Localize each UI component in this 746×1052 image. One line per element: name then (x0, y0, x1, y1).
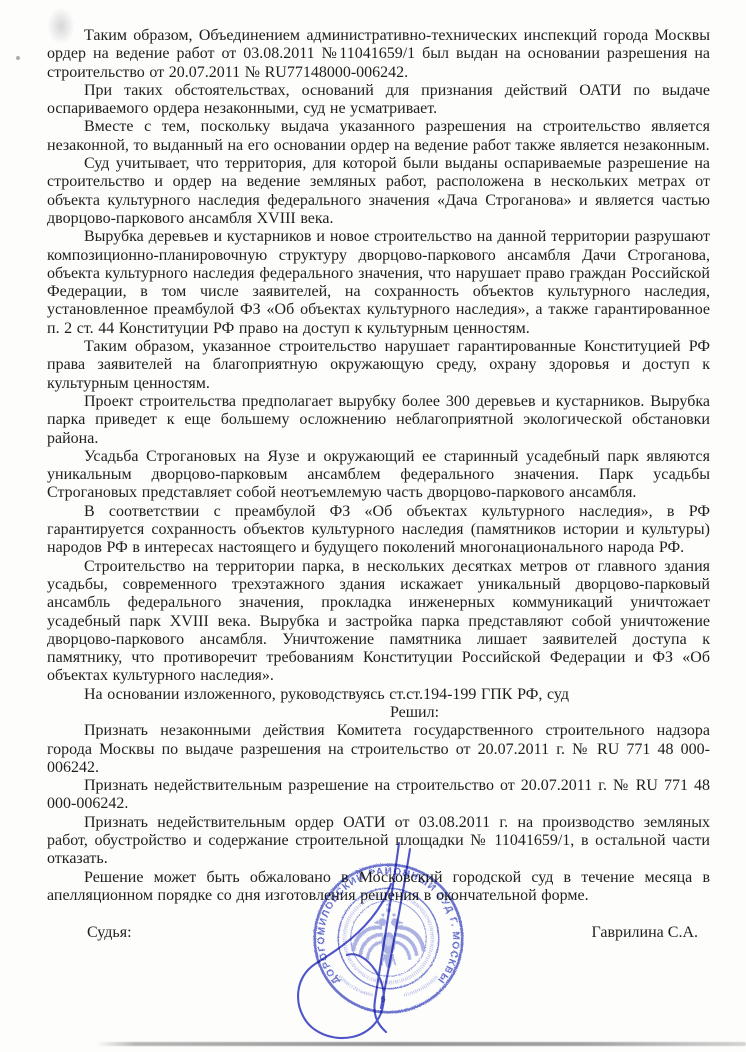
paragraph: При таких обстоятельствах, оснований для… (47, 82, 710, 119)
paragraph: Строительство на территории парка, в нес… (47, 558, 710, 686)
paragraph: Усадьба Строгановых на Яузе и окружающий… (47, 448, 710, 503)
document-page: Таким образом, Объединением администрати… (0, 0, 746, 1052)
paragraph: На основании изложенного, руководствуясь… (47, 686, 710, 704)
judge-name: Гаврилина С.А. (591, 924, 698, 942)
page-bottom-shadow (96, 1042, 746, 1046)
paragraph: Признать недействительным разрешение на … (47, 777, 710, 814)
court-decision-text: Таким образом, Объединением администрати… (47, 27, 710, 943)
paragraph: Проект строительства предполагает вырубк… (47, 393, 710, 448)
paragraph: В соответствии с преамбулой ФЗ «Об объек… (47, 503, 710, 558)
judge-signature (285, 833, 485, 1052)
signature-loop (298, 884, 391, 1038)
scan-speck (16, 56, 20, 60)
resolution-heading: Решил: (47, 704, 710, 722)
paragraph: Суд учитывает, что территория, для котор… (47, 155, 710, 228)
paragraph: Вместе с тем, поскольку выдача указанног… (47, 118, 710, 155)
paragraph: Вырубка деревьев и кустарников и новое с… (47, 228, 710, 338)
paragraph: Таким образом, Объединением администрати… (47, 27, 710, 82)
paragraph: Таким образом, указанное строительство н… (47, 338, 710, 393)
judge-label: Судья: (87, 924, 132, 942)
paragraph: Признать незаконными действия Комитета г… (47, 722, 710, 777)
